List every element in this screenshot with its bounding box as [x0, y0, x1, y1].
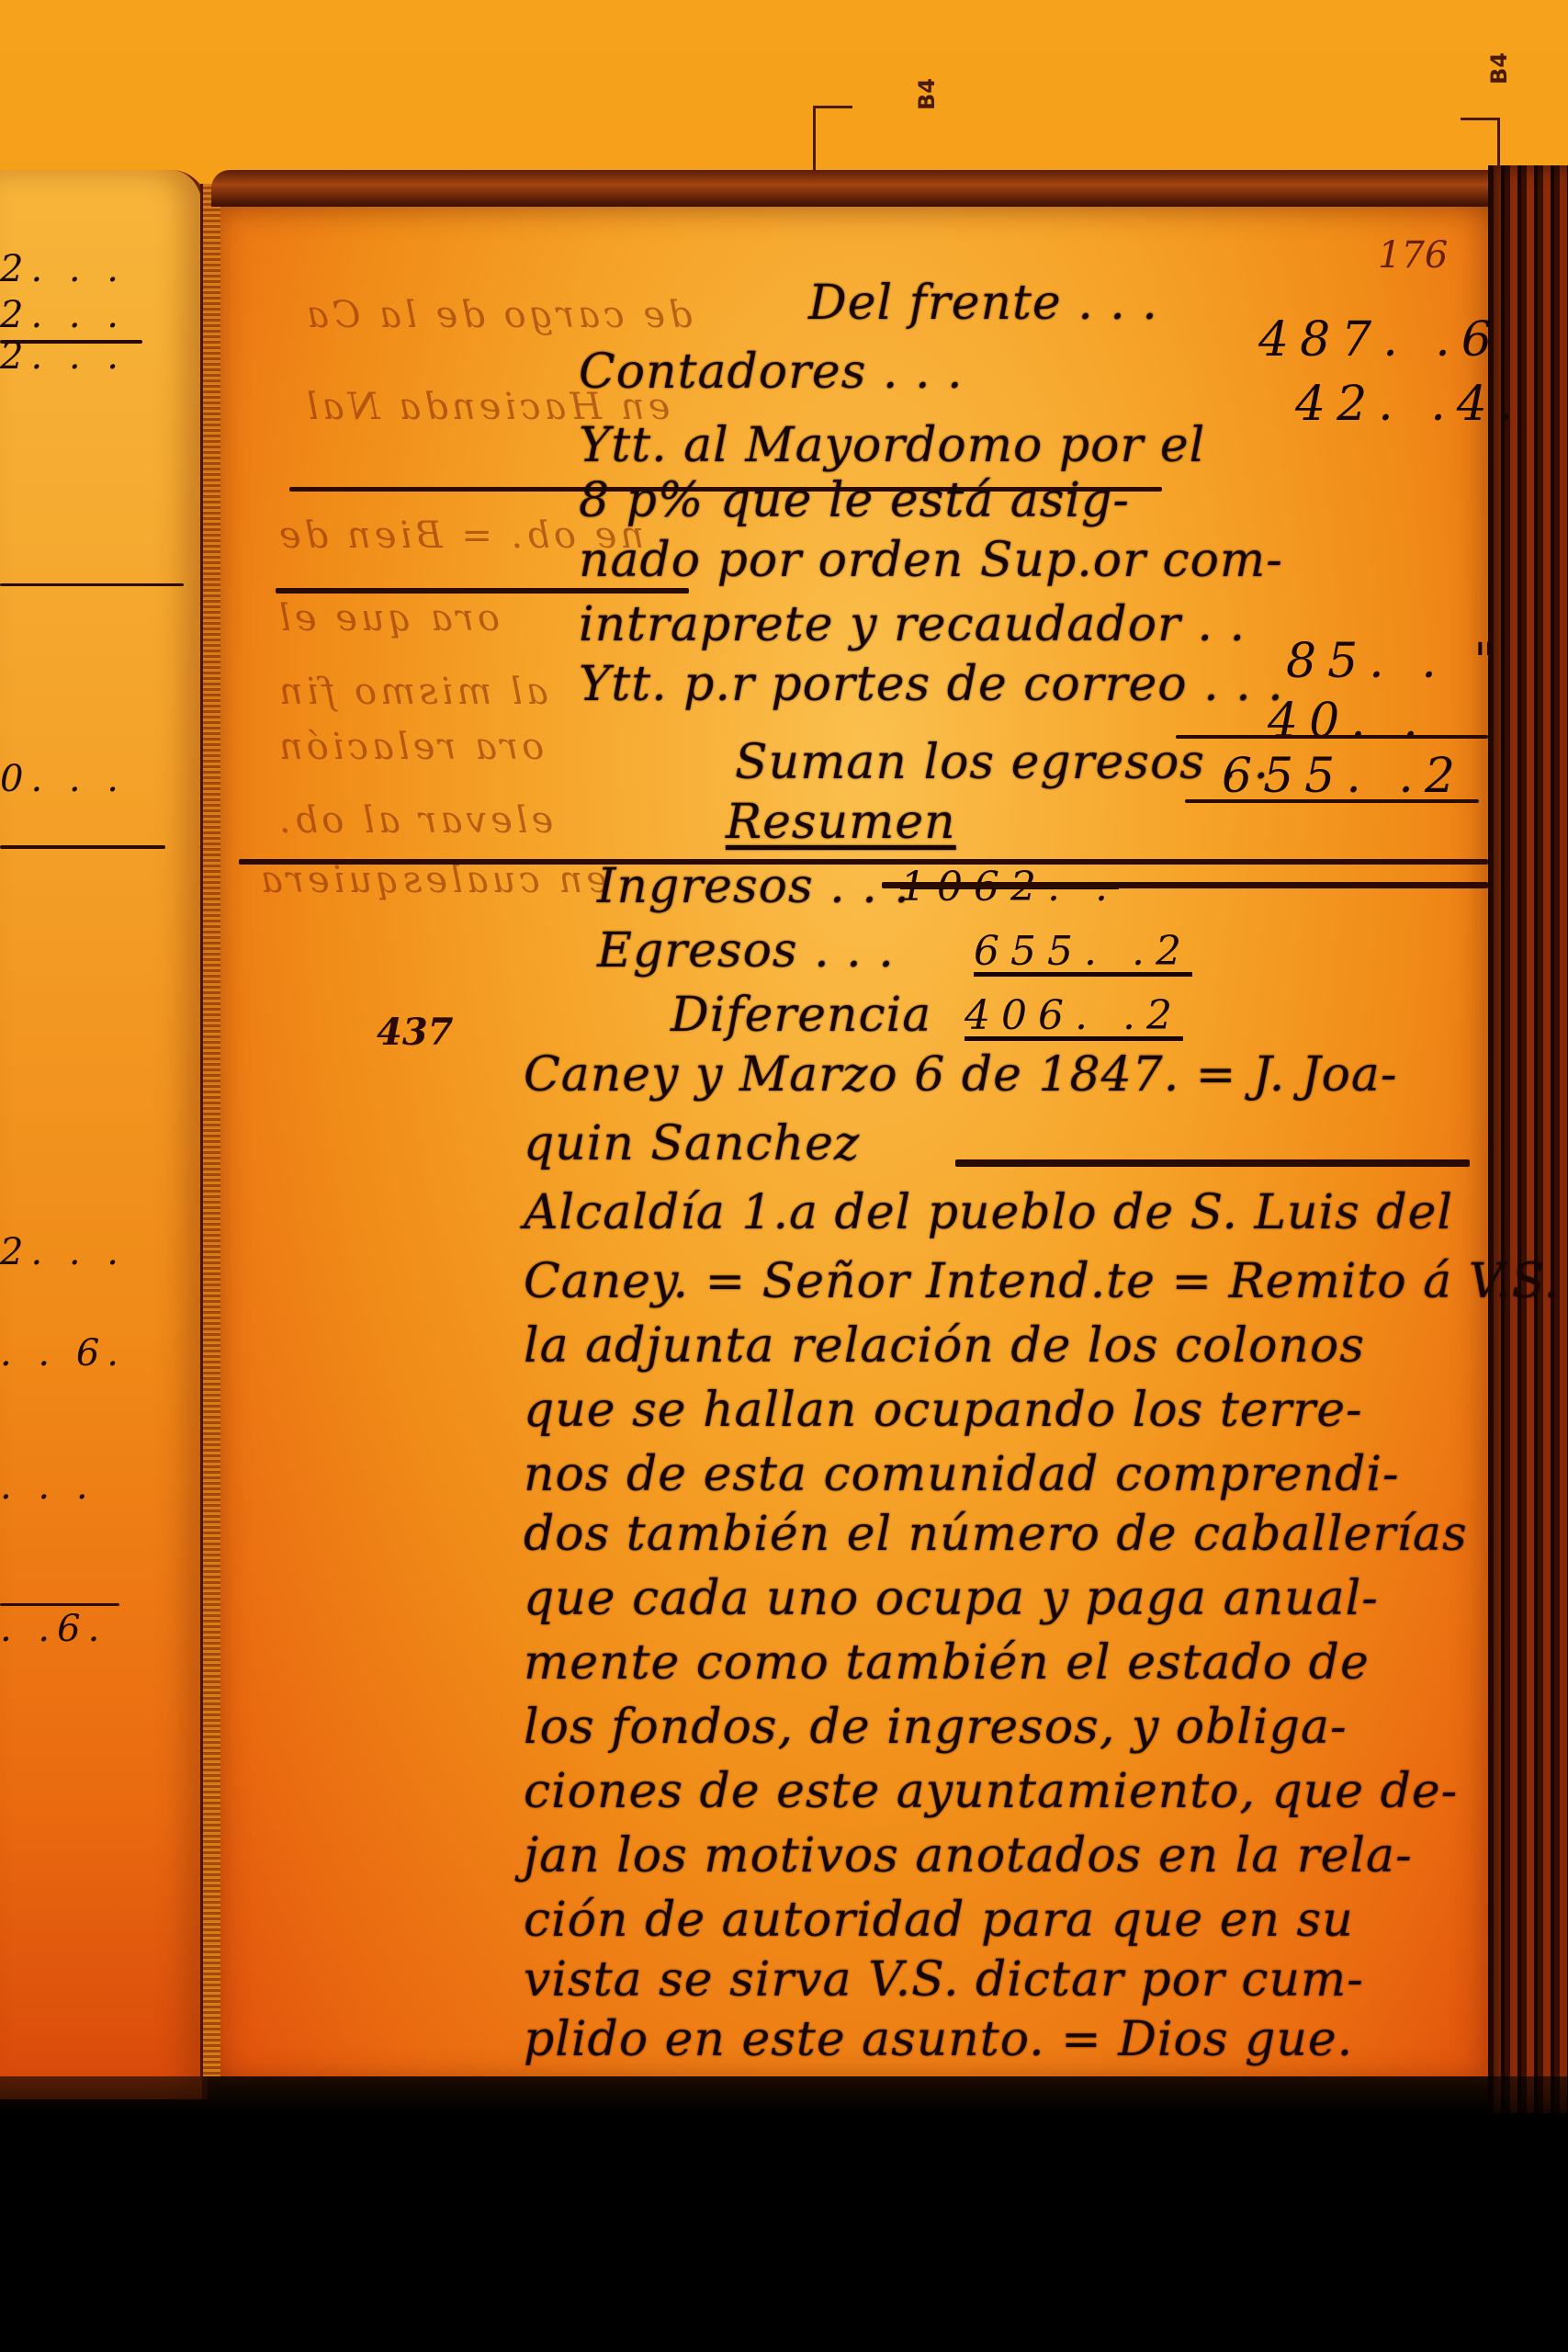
- left-figure: 2. . .: [0, 294, 126, 336]
- bracket-mark: [813, 106, 852, 173]
- bracket-mark: [1461, 118, 1500, 171]
- ledger-entry-text: Contadores . . .: [579, 345, 964, 400]
- left-figure: 0. . .: [0, 758, 126, 800]
- book-page-edges: [1488, 165, 1568, 2113]
- margin-note: 437: [377, 1011, 454, 1054]
- ledger-rule: [0, 845, 165, 849]
- body-line: Caney y Marzo 6 de 1847. = J. Joa-: [524, 1047, 1398, 1102]
- left-figure: 2. . .: [0, 335, 126, 378]
- ledger-entry-amount: 487. .6: [1258, 312, 1503, 367]
- page-top-edge: [211, 170, 1568, 207]
- ledger-entry-amount: 655. .2: [1222, 749, 1466, 804]
- ledger-entry-text: Ytt. al Mayordomo por el: [579, 418, 1205, 473]
- ledger-entry-amount: 42. .4.: [1295, 377, 1524, 432]
- body-line: mente como también el estado de: [524, 1635, 1370, 1690]
- left-figure: 2. . .: [0, 248, 126, 290]
- ledger-entry-text: nado por orden Sup.or com-: [579, 533, 1283, 588]
- ledger-entry-text: Suman los egresos . .: [735, 735, 1269, 790]
- left-figure: 2. . .: [0, 1231, 126, 1273]
- archive-mark-label: B4: [914, 78, 940, 110]
- left-figure: . .6.: [0, 1608, 107, 1650]
- body-line: los fondos, de ingresos, y obliga-: [524, 1700, 1348, 1755]
- ledger-entry-text: Ytt. p.r portes de correo . . .: [579, 657, 1284, 712]
- left-figure: . . 6.: [0, 1332, 126, 1374]
- summary-label: Egresos . . .: [597, 923, 895, 978]
- left-page-figures: 2. . . 2. . . 2. . . 0. . . 2. . . . . 6…: [0, 170, 202, 2099]
- body-line: vista se sirva V.S. dictar por cum-: [524, 1952, 1364, 2007]
- ledger-entry-text: 8 p% que le está asig-: [579, 473, 1130, 528]
- archive-mark-label: B4: [1486, 52, 1512, 85]
- body-line: la adjunta relación de los colonos: [524, 1318, 1365, 1374]
- body-line: dos también el número de caballerías: [524, 1507, 1468, 1562]
- ledger-rule: [1185, 799, 1479, 803]
- summary-label: Diferencia: [671, 988, 931, 1043]
- summary-title: Resumen: [726, 795, 956, 850]
- ledger-rule: [276, 588, 689, 594]
- body-line: Alcaldía 1.a del pueblo de S. Luis del: [524, 1185, 1453, 1240]
- ledger-rule: [955, 1159, 1470, 1167]
- body-line: nos de esta comunidad comprendi-: [524, 1447, 1400, 1502]
- summary-label: Ingresos . . .: [597, 859, 910, 914]
- body-line: plido en este asunto. = Dios gue.: [524, 2012, 1353, 2067]
- left-figure: . . .: [0, 1465, 96, 1508]
- ledger-entry-amount: 40. .: [1268, 694, 1429, 749]
- summary-amount: 655. .2: [974, 928, 1192, 975]
- body-line: quin Sanchez: [524, 1116, 860, 1171]
- ledger-entry-text: intraprete y recaudador . .: [579, 597, 1246, 652]
- body-line: jan los motivos anotados en la rela-: [524, 1828, 1413, 1883]
- ledger-entry-amount: 85. . ": [1286, 634, 1506, 689]
- body-line: que se hallan ocupando los terre-: [524, 1383, 1363, 1438]
- bottom-shadow: [0, 2076, 1568, 2352]
- body-line: Caney. = Señor Intend.te = Remito á V.S.: [524, 1254, 1560, 1309]
- strikethrough-rule: [882, 882, 1488, 888]
- body-line: ción de autoridad para que en su: [524, 1893, 1354, 1948]
- left-page: 2. . . 2. . . 2. . . 0. . . 2. . . . . 6…: [0, 170, 208, 2099]
- ledger-rule: [0, 1603, 119, 1606]
- summary-amount: 406. .2: [964, 992, 1183, 1039]
- folio-number: 176: [1378, 234, 1448, 277]
- ledger-entry-text: Del frente . . .: [808, 276, 1158, 331]
- ledger-rule: [0, 583, 184, 586]
- body-line: que cada uno ocupa y paga anual-: [524, 1571, 1379, 1626]
- body-line: ciones de este ayuntamiento, que de-: [524, 1764, 1458, 1819]
